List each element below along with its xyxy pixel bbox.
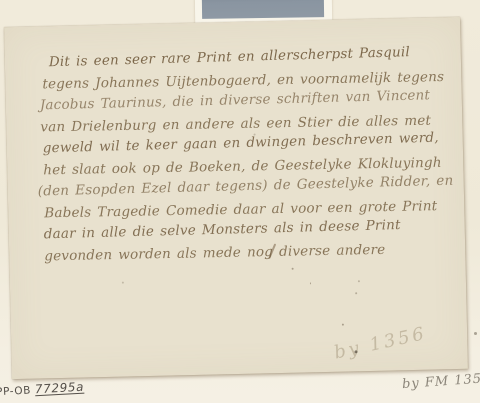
foxing-speck: [122, 282, 124, 284]
foxing-speck: [310, 282, 311, 284]
manuscript-text: Dit is een seer rare Print en allerscher…: [35, 43, 444, 267]
scan-view: Dit is een seer rare Print en allerscher…: [0, 0, 480, 403]
pencil-annotation-mount: by FM 1356: [402, 371, 480, 392]
foxing-speck: [342, 324, 344, 326]
gray-calibration-patch: [202, 0, 324, 19]
foxing-speck: [358, 280, 360, 282]
foxing-speck: [292, 268, 294, 270]
accession-prefix: PP-OB: [0, 384, 31, 398]
accession-number-ink: PP-OB 77295a: [0, 380, 84, 399]
accession-number: 77295a: [35, 380, 85, 397]
foxing-speck: [354, 350, 357, 353]
foxing-speck: [355, 292, 357, 294]
pencil-inscription-on-paper: by 1356: [332, 323, 429, 364]
foxing-speck: [254, 134, 256, 136]
mount-speck: [474, 332, 477, 335]
manuscript-paper: Dit is een seer rare Print en allerscher…: [4, 17, 468, 379]
